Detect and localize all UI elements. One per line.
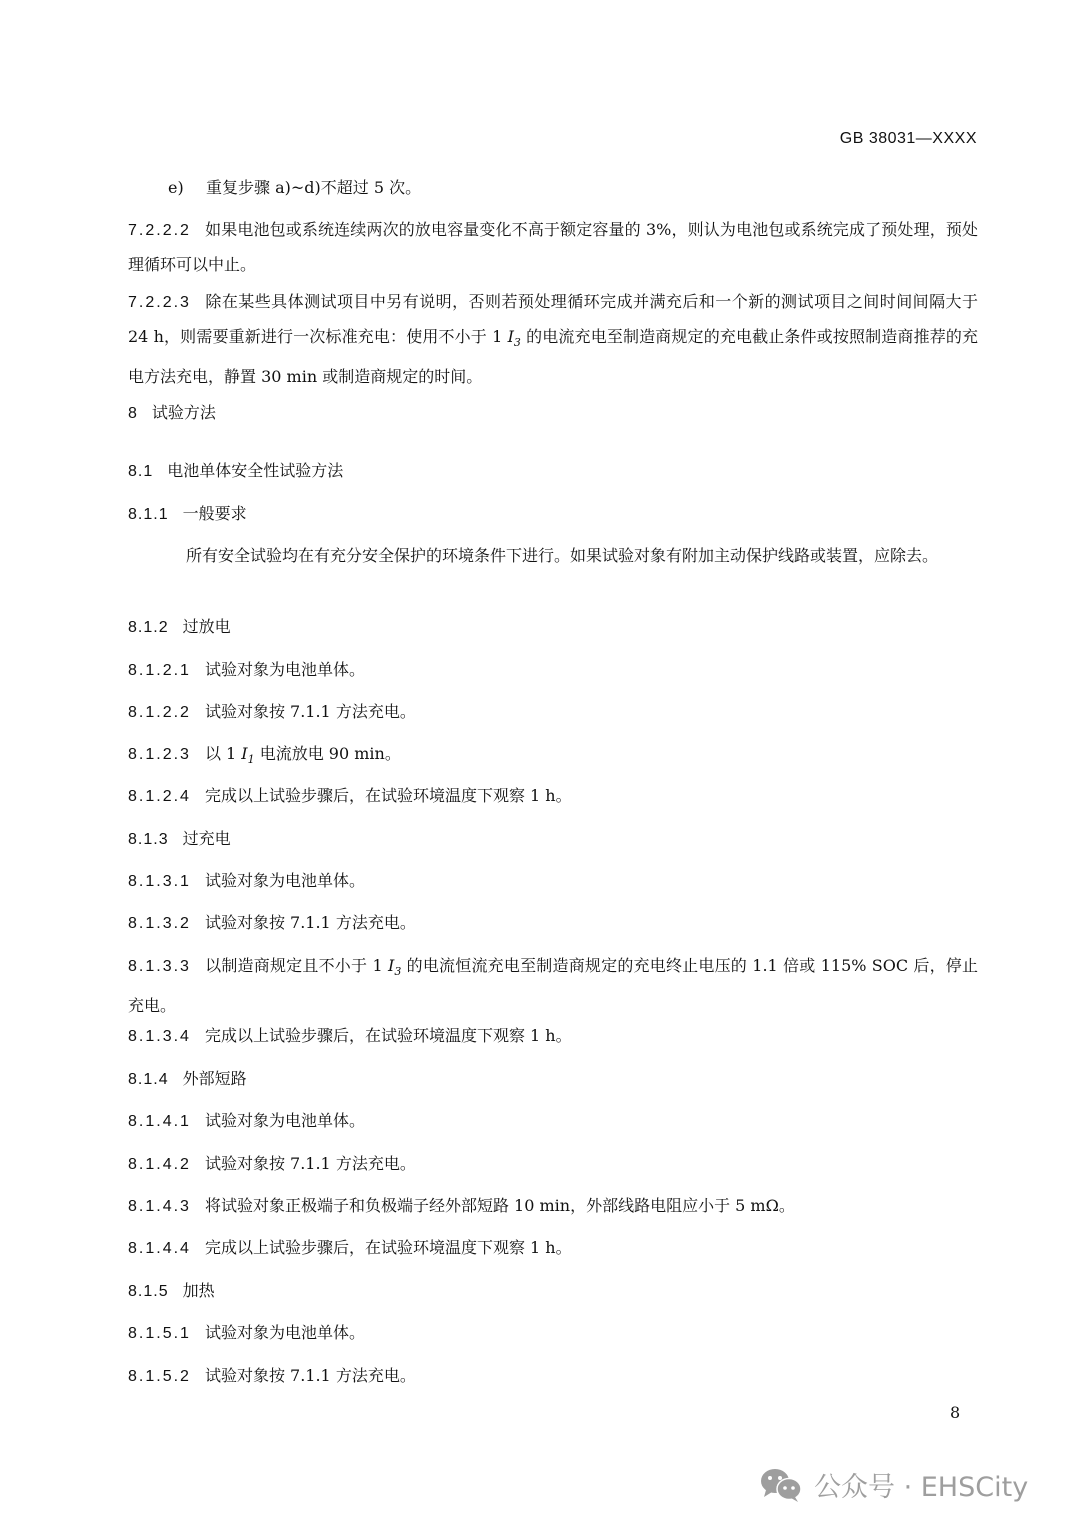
clause-8-1-4-1: 8.1.4.1试验对象为电池单体。	[128, 1104, 978, 1139]
clause-text: 以制造商规定且不小于 1	[205, 956, 388, 975]
clause-number: 8.1.3.2	[128, 907, 191, 941]
section-number: 8	[128, 397, 138, 431]
clause-8-1-5-2: 8.1.5.2试验对象按 7.1.1 方法充电。	[128, 1359, 978, 1394]
section-title: 过充电	[183, 829, 231, 848]
clause-8-1-4-3: 8.1.4.3将试验对象正极端子和负极端子经外部短路 10 min，外部线路电阻…	[128, 1189, 978, 1224]
current-subscript: 1	[248, 753, 255, 766]
clause-8-1-3-4: 8.1.3.4完成以上试验步骤后，在试验环境温度下观察 1 h。	[128, 1019, 978, 1054]
clause-text: 完成以上试验步骤后，在试验环境温度下观察 1 h。	[205, 786, 572, 805]
clause-number: 8.1.2.1	[128, 654, 191, 688]
clause-number: 7.2.2.2	[128, 214, 191, 248]
clause-text: 试验对象为电池单体。	[205, 1323, 365, 1342]
clause-number: 8.1.3.1	[128, 865, 191, 899]
clause-number: 8.1.2.4	[128, 780, 191, 814]
watermark-text: 公众号 · EHSCity	[814, 1465, 1028, 1504]
section-title: 过放电	[183, 617, 231, 636]
item-tag: e)	[168, 171, 206, 205]
watermark: 公众号 · EHSCity	[760, 1465, 1028, 1504]
clause-text: 试验对象为电池单体。	[205, 871, 365, 890]
clause-text: 完成以上试验步骤后，在试验环境温度下观察 1 h。	[205, 1238, 572, 1257]
clause-text: 试验对象按 7.1.1 方法充电。	[205, 913, 416, 932]
clause-text: 试验对象按 7.1.1 方法充电。	[205, 1366, 416, 1385]
section-8-1-4-heading: 8.1.4外部短路	[128, 1062, 978, 1097]
section-title: 一般要求	[183, 504, 247, 523]
list-item-e: e)重复步骤 a)~d)不超过 5 次。	[168, 171, 1018, 205]
item-text: 重复步骤 a)~d)不超过 5 次。	[206, 178, 421, 197]
clause-8-1-2-3: 8.1.2.3以 1 I1 电流放电 90 min。	[128, 737, 978, 777]
section-number: 8.1	[128, 455, 153, 489]
section-8-1-1-body: 所有安全试验均在有充分安全保护的环境条件下进行。如果试验对象有附加主动保护线路或…	[128, 539, 978, 573]
section-8-heading: 8试验方法	[128, 396, 978, 431]
clause-8-1-2-2: 8.1.2.2试验对象按 7.1.1 方法充电。	[128, 695, 978, 730]
section-number: 8.1.3	[128, 823, 169, 857]
section-title: 加热	[183, 1281, 215, 1300]
clause-text: 以 1	[205, 744, 241, 763]
clause-text: 将试验对象正极端子和负极端子经外部短路 10 min，外部线路电阻应小于 5 m…	[205, 1196, 795, 1215]
clause-text: 试验对象按 7.1.1 方法充电。	[205, 1154, 416, 1173]
page-number: 8	[950, 1403, 1080, 1422]
clause-8-1-4-2: 8.1.4.2试验对象按 7.1.1 方法充电。	[128, 1147, 978, 1182]
current-subscript: 3	[514, 336, 521, 349]
section-number: 8.1.5	[128, 1275, 169, 1309]
clause-number: 8.1.4.2	[128, 1148, 191, 1182]
section-title: 外部短路	[183, 1069, 247, 1088]
clause-8-1-3-1: 8.1.3.1试验对象为电池单体。	[128, 864, 978, 899]
clause-8-1-2-1: 8.1.2.1试验对象为电池单体。	[128, 653, 978, 688]
section-8-1-2-heading: 8.1.2过放电	[128, 610, 978, 645]
clause-text: 试验对象为电池单体。	[205, 660, 365, 679]
clause-number: 8.1.3.4	[128, 1020, 191, 1054]
clause-text: 完成以上试验步骤后，在试验环境温度下观察 1 h。	[205, 1026, 572, 1045]
section-8-1-heading: 8.1电池单体安全性试验方法	[128, 454, 978, 489]
clause-8-1-4-4: 8.1.4.4完成以上试验步骤后，在试验环境温度下观察 1 h。	[128, 1231, 978, 1266]
clause-8-1-2-4: 8.1.2.4完成以上试验步骤后，在试验环境温度下观察 1 h。	[128, 779, 978, 814]
section-number: 8.1.2	[128, 611, 169, 645]
wechat-icon	[760, 1468, 802, 1502]
clause-number: 8.1.2.2	[128, 696, 191, 730]
clause-8-1-5-1: 8.1.5.1试验对象为电池单体。	[128, 1316, 978, 1351]
clause-8-1-3-2: 8.1.3.2试验对象按 7.1.1 方法充电。	[128, 906, 978, 941]
clause-number: 8.1.4.3	[128, 1190, 191, 1224]
clause-7-2-2-3: 7.2.2.3除在某些具体测试项目中另有说明，否则若预处理循环完成并满充后和一个…	[128, 285, 978, 394]
clause-number: 8.1.5.2	[128, 1360, 191, 1394]
clause-7-2-2-2: 7.2.2.2如果电池包或系统连续两次的放电容量变化不高于额定容量的 3%，则认…	[128, 213, 978, 282]
clause-text-cont: 电流放电 90 min。	[255, 744, 401, 763]
document-page: GB 38031—XXXX e)重复步骤 a)~d)不超过 5 次。 7.2.2…	[0, 0, 1080, 1527]
section-8-1-1-heading: 8.1.1一般要求	[128, 497, 978, 532]
clause-number: 8.1.2.3	[128, 738, 191, 772]
section-title: 试验方法	[152, 403, 216, 422]
section-number: 8.1.4	[128, 1063, 169, 1097]
clause-number: 8.1.4.4	[128, 1232, 191, 1266]
section-8-1-3-heading: 8.1.3过充电	[128, 822, 978, 857]
clause-text: 如果电池包或系统连续两次的放电容量变化不高于额定容量的 3%，则认为电池包或系统…	[128, 220, 978, 274]
standard-code: GB 38031—XXXX	[840, 130, 977, 148]
clause-number: 8.1.4.1	[128, 1105, 191, 1139]
section-number: 8.1.1	[128, 498, 169, 532]
section-title: 电池单体安全性试验方法	[167, 461, 343, 480]
clause-text: 试验对象为电池单体。	[205, 1111, 365, 1130]
clause-number: 8.1.5.1	[128, 1317, 191, 1351]
clause-number: 8.1.3.3	[128, 950, 191, 984]
clause-number: 7.2.2.3	[128, 286, 191, 320]
section-8-1-5-heading: 8.1.5加热	[128, 1274, 978, 1309]
clause-text: 试验对象按 7.1.1 方法充电。	[205, 702, 416, 721]
clause-8-1-3-3: 8.1.3.3以制造商规定且不小于 1 I3 的电流恒流充电至制造商规定的充电终…	[128, 949, 978, 1023]
